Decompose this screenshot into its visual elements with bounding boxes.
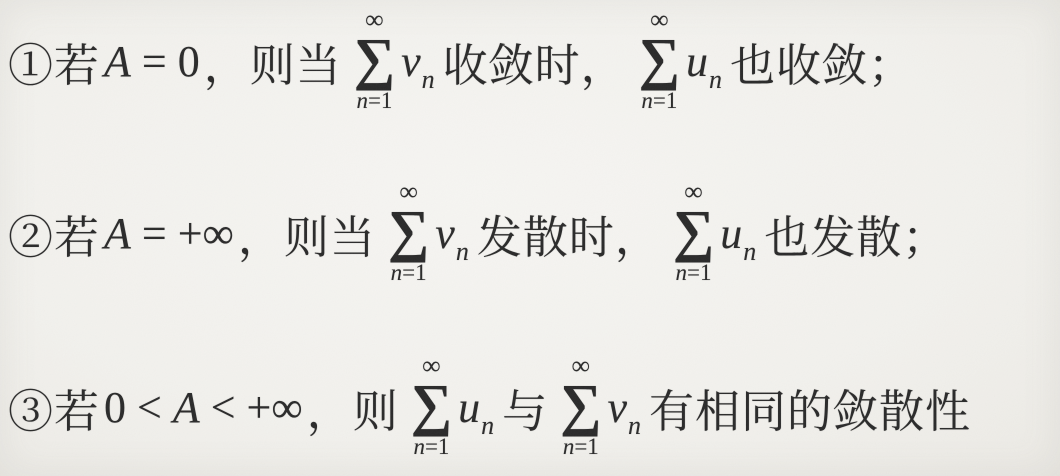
summation-symbol: ∞ ∑ n=1 (639, 10, 680, 112)
statement-line-1: ①若 A = 0 ，则当 ∞ ∑ n=1 vn 收敛时， ∞ ∑ n=1 un … (0, 0, 1060, 122)
sum-index-value: =1 (368, 88, 392, 113)
series-term: un (686, 36, 722, 87)
condition-post: = +∞ (131, 209, 234, 258)
sigma-operator-icon: ∑ (560, 379, 601, 431)
sum-index-variable: n (413, 434, 425, 459)
statement-1-marker: ①若 (8, 29, 100, 94)
summation-symbol: ∞ ∑ n=1 (388, 182, 429, 284)
sum-index-value: =1 (402, 260, 426, 285)
condition-post: < +∞ (200, 383, 303, 432)
term-subscript: n (709, 65, 722, 94)
term-variable: v (607, 383, 627, 432)
sum-index-variable: n (641, 88, 653, 113)
condition-post: = 0 (131, 37, 200, 86)
statement-2-middle-text: 发散时， (477, 201, 661, 266)
term-variable: v (401, 37, 421, 86)
sum-index-variable: n (676, 260, 688, 285)
term-variable: v (435, 209, 455, 258)
term-subscript: n (481, 411, 494, 440)
sum-lower-limit: n=1 (563, 435, 599, 458)
summation-symbol: ∞ ∑ n=1 (354, 10, 395, 112)
series-term: un (720, 208, 756, 259)
condition-variable: A (104, 37, 131, 86)
statement-3-lead-text: ，则 (307, 375, 399, 440)
statement-1-condition: A = 0 (104, 36, 200, 87)
statement-1-lead-text: ，则当 (204, 29, 342, 94)
sum-index-variable: n (356, 88, 368, 113)
term-variable: u (458, 383, 480, 432)
summation-symbol: ∞ ∑ n=1 (560, 356, 601, 458)
statement-2-lead-text: ，则当 (238, 201, 376, 266)
term-subscript: n (628, 411, 641, 440)
series-term: un (458, 382, 494, 433)
summation-symbol: ∞ ∑ n=1 (673, 182, 714, 284)
term-variable: u (720, 209, 742, 258)
sum-index-value: =1 (574, 434, 598, 459)
term-subscript: n (422, 65, 435, 94)
statement-3-middle-text: 与 (502, 375, 548, 440)
condition-variable: A (104, 209, 131, 258)
series-term: vn (435, 208, 469, 259)
series-term: vn (607, 382, 641, 433)
summation-symbol: ∞ ∑ n=1 (411, 356, 452, 458)
term-subscript: n (456, 237, 469, 266)
statement-3-condition: 0 < A < +∞ (104, 382, 303, 433)
statement-line-3: ③若 0 < A < +∞ ，则 ∞ ∑ n=1 un 与 ∞ ∑ n=1 vn… (0, 346, 1060, 468)
document-page: ①若 A = 0 ，则当 ∞ ∑ n=1 vn 收敛时， ∞ ∑ n=1 un … (0, 0, 1060, 476)
sigma-operator-icon: ∑ (411, 379, 452, 431)
statement-2-marker: ②若 (8, 201, 100, 266)
statement-2-condition: A = +∞ (104, 208, 234, 259)
sum-index-value: =1 (425, 434, 449, 459)
statement-1-tail-text: 也收敛； (730, 29, 914, 94)
sum-index-value: =1 (653, 88, 677, 113)
sum-index-value: =1 (687, 260, 711, 285)
statement-2-tail-text: 也发散； (764, 201, 948, 266)
sum-index-variable: n (563, 434, 575, 459)
sum-lower-limit: n=1 (641, 89, 677, 112)
series-term: vn (401, 36, 435, 87)
sigma-operator-icon: ∑ (388, 205, 429, 257)
sigma-operator-icon: ∑ (639, 33, 680, 85)
sum-lower-limit: n=1 (391, 261, 427, 284)
term-variable: u (686, 37, 708, 86)
statement-1-middle-text: 收敛时， (443, 29, 627, 94)
sum-index-variable: n (391, 260, 403, 285)
statement-3-tail-text: 有相同的敛散性 (649, 375, 971, 440)
statement-3-marker: ③若 (8, 375, 100, 440)
sigma-operator-icon: ∑ (354, 33, 395, 85)
sigma-operator-icon: ∑ (673, 205, 714, 257)
sum-lower-limit: n=1 (676, 261, 712, 284)
condition-pre: 0 < (104, 383, 173, 432)
sum-lower-limit: n=1 (413, 435, 449, 458)
condition-variable: A (173, 383, 200, 432)
statement-line-2: ②若 A = +∞ ，则当 ∞ ∑ n=1 vn 发散时， ∞ ∑ n=1 un… (0, 172, 1060, 294)
sum-lower-limit: n=1 (356, 89, 392, 112)
term-subscript: n (743, 237, 756, 266)
